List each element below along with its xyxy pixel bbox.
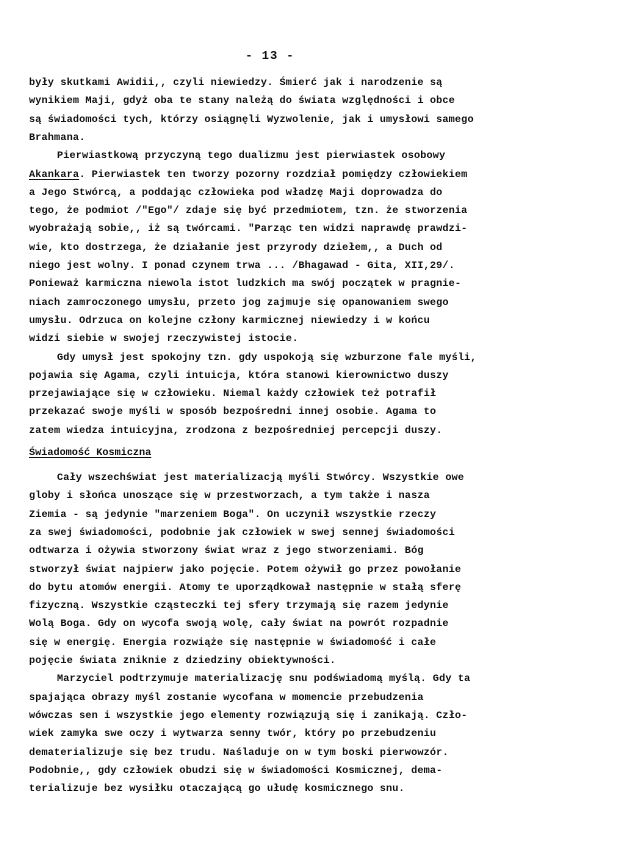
text-line: dematerializuje się bez trudu. Naśladuje… xyxy=(29,748,449,760)
text-line: umysłu. Odrzuca on kolejne człony karmic… xyxy=(29,316,430,328)
text-line: niego jest wolny. I ponad czynem trwa ..… xyxy=(29,261,455,273)
text-line: wówczas sen i wszystkie jego elementy ro… xyxy=(29,711,467,723)
text-line: są świadomości tych, którzy osiągnęli Wy… xyxy=(29,115,474,127)
text-line: a Jego Stwórcą, a poddając człowieka pod… xyxy=(29,188,442,200)
text-line: widzi siebie w swojej rzeczywistej istoc… xyxy=(29,334,298,346)
text-line: wyobrażają sobie,, iż są twórcami. "Parz… xyxy=(29,224,467,236)
text-line: pojawia się Agama, czyli intuicja, która… xyxy=(29,371,449,383)
text-line: zatem wiedza intuicyjna, zrodzona z bezp… xyxy=(29,426,442,438)
section-heading: Świadomość Kosmiczna xyxy=(29,448,151,460)
text-line: Marzyciel podtrzymuje materializację snu… xyxy=(57,674,470,686)
text-line: przejawiające się w człowieku. Niemal ka… xyxy=(29,389,436,401)
text-line: wie, kto dostrzega, że działanie jest pr… xyxy=(29,243,442,255)
text-line: stworzył świat najpierw jako pojęcie. Po… xyxy=(29,565,461,577)
text-line: terializuje bez wysiłku otaczającą go uł… xyxy=(29,784,405,796)
text-line: Cały wszechświat jest materializacją myś… xyxy=(57,473,464,485)
text-line: Pierwiastkową przyczyną tego dualizmu je… xyxy=(57,151,445,163)
text-line: Podobnie,, gdy człowiek obudzi się w świ… xyxy=(29,766,442,778)
text-line: były skutkami Awidii,, czyli niewiedzy. … xyxy=(29,78,442,90)
text-line: za swej świadomości, podobnie jak człowi… xyxy=(29,528,455,540)
text-line: globy i słońca unoszące się w przestworz… xyxy=(29,491,430,503)
text-line: pojęcie świata zniknie z dziedziny obiek… xyxy=(29,656,336,668)
text-line: Akankara. Pierwiastek ten tworzy pozorny… xyxy=(29,170,467,182)
text-line: tego, że podmiot /"Ego"/ zdaje się być p… xyxy=(29,206,467,218)
text-line: do bytu atomów energii. Atomy te uporząd… xyxy=(29,583,461,595)
text-line: niach zamroczonego umysłu, przeto jog za… xyxy=(29,298,449,310)
text-line: wynikiem Maji, gdyż oba te stany należą … xyxy=(29,96,455,108)
text-line: fizyczną. Wszystkie cząsteczki tej sfery… xyxy=(29,601,449,613)
text-line: Gdy umysł jest spokojny tzn. gdy uspokoj… xyxy=(57,353,477,365)
text-line: się w energię. Energia rozwiąże się nast… xyxy=(29,638,436,650)
text-line: Brahmana. xyxy=(29,133,85,145)
text-line: Wolą Boga. Gdy on wycofa swoją wolę, cał… xyxy=(29,619,449,631)
page-number: - 13 - xyxy=(0,49,540,63)
text-line: wiek zamyka swe oczy i wytwarza senny tw… xyxy=(29,729,436,741)
text-line: Ziemia - są jedynie "marzeniem Boga". On… xyxy=(29,510,436,522)
document-page: - 13 - były skutkami Awidii,, czyli niew… xyxy=(0,0,625,859)
underlined-term: Akankara xyxy=(29,170,79,181)
text-line: Ponieważ karmiczna niewola istot ludzkic… xyxy=(29,279,461,291)
text-line: spajająca obrazy myśl zostanie wycofana … xyxy=(29,693,424,705)
text-line: odtwarza i ożywia stworzony świat wraz z… xyxy=(29,546,424,558)
text-line: przekazać swoje myśli w sposób bezpośred… xyxy=(29,407,436,419)
line-text: . Pierwiastek ten tworzy pozorny rozdzia… xyxy=(79,170,467,181)
